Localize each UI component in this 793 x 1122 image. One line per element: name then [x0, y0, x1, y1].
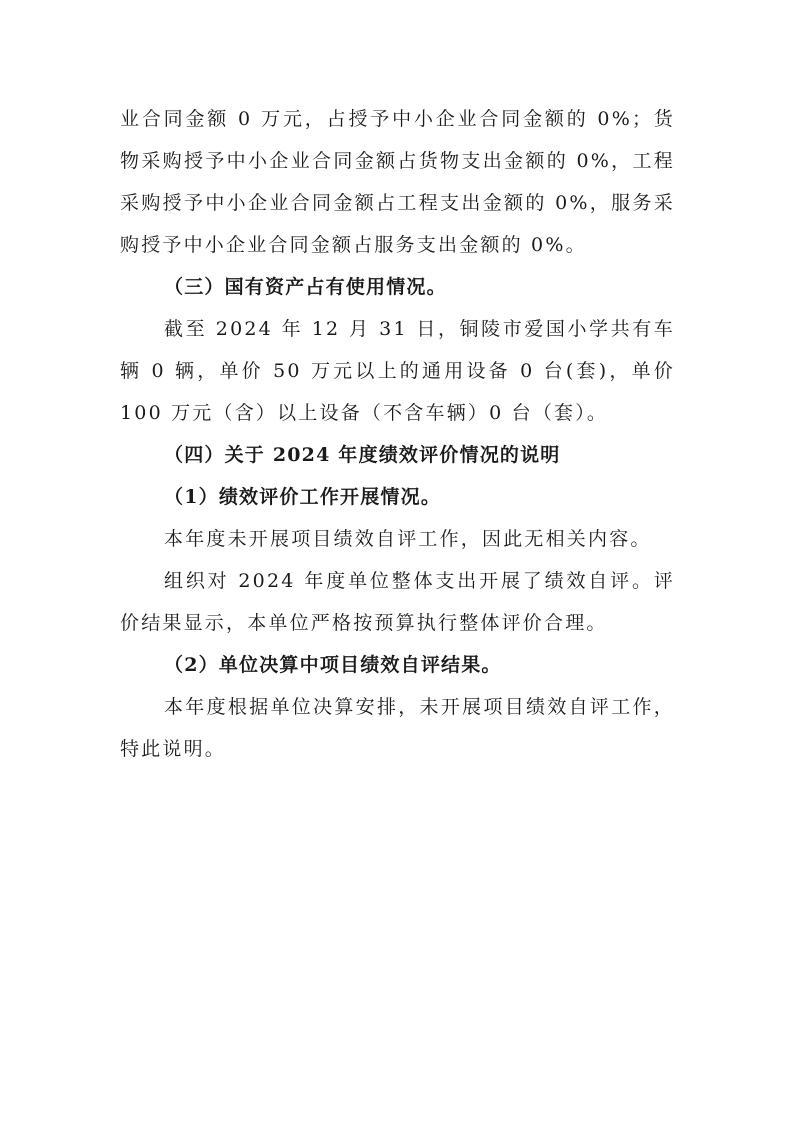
- subheading-evaluation-work: （1）绩效评价工作开展情况。: [120, 476, 675, 518]
- paragraph-overall-evaluation: 组织对 2024 年度单位整体支出开展了绩效自评。评价结果显示，本单位严格按预算…: [120, 560, 675, 644]
- paragraph-no-project-evaluation: 本年度未开展项目绩效自评工作，因此无相关内容。: [120, 518, 675, 560]
- subheading-project-results: （2）单位决算中项目绩效自评结果。: [120, 644, 675, 686]
- paragraph-project-results: 本年度根据单位决算安排，未开展项目绩效自评工作，特此说明。: [120, 686, 675, 770]
- document-page: 业合同金额 0 万元，占授予中小企业合同金额的 0%；货物采购授予中小企业合同金…: [120, 98, 675, 770]
- paragraph-state-assets: 截至 2024 年 12 月 31 日，铜陵市爱国小学共有车辆 0 辆，单价 5…: [120, 308, 675, 434]
- heading-state-assets: （三）国有资产占有使用情况。: [120, 266, 675, 308]
- heading-performance-evaluation: （四）关于 2024 年度绩效评价情况的说明: [120, 434, 675, 476]
- paragraph-procurement-continuation: 业合同金额 0 万元，占授予中小企业合同金额的 0%；货物采购授予中小企业合同金…: [120, 98, 675, 266]
